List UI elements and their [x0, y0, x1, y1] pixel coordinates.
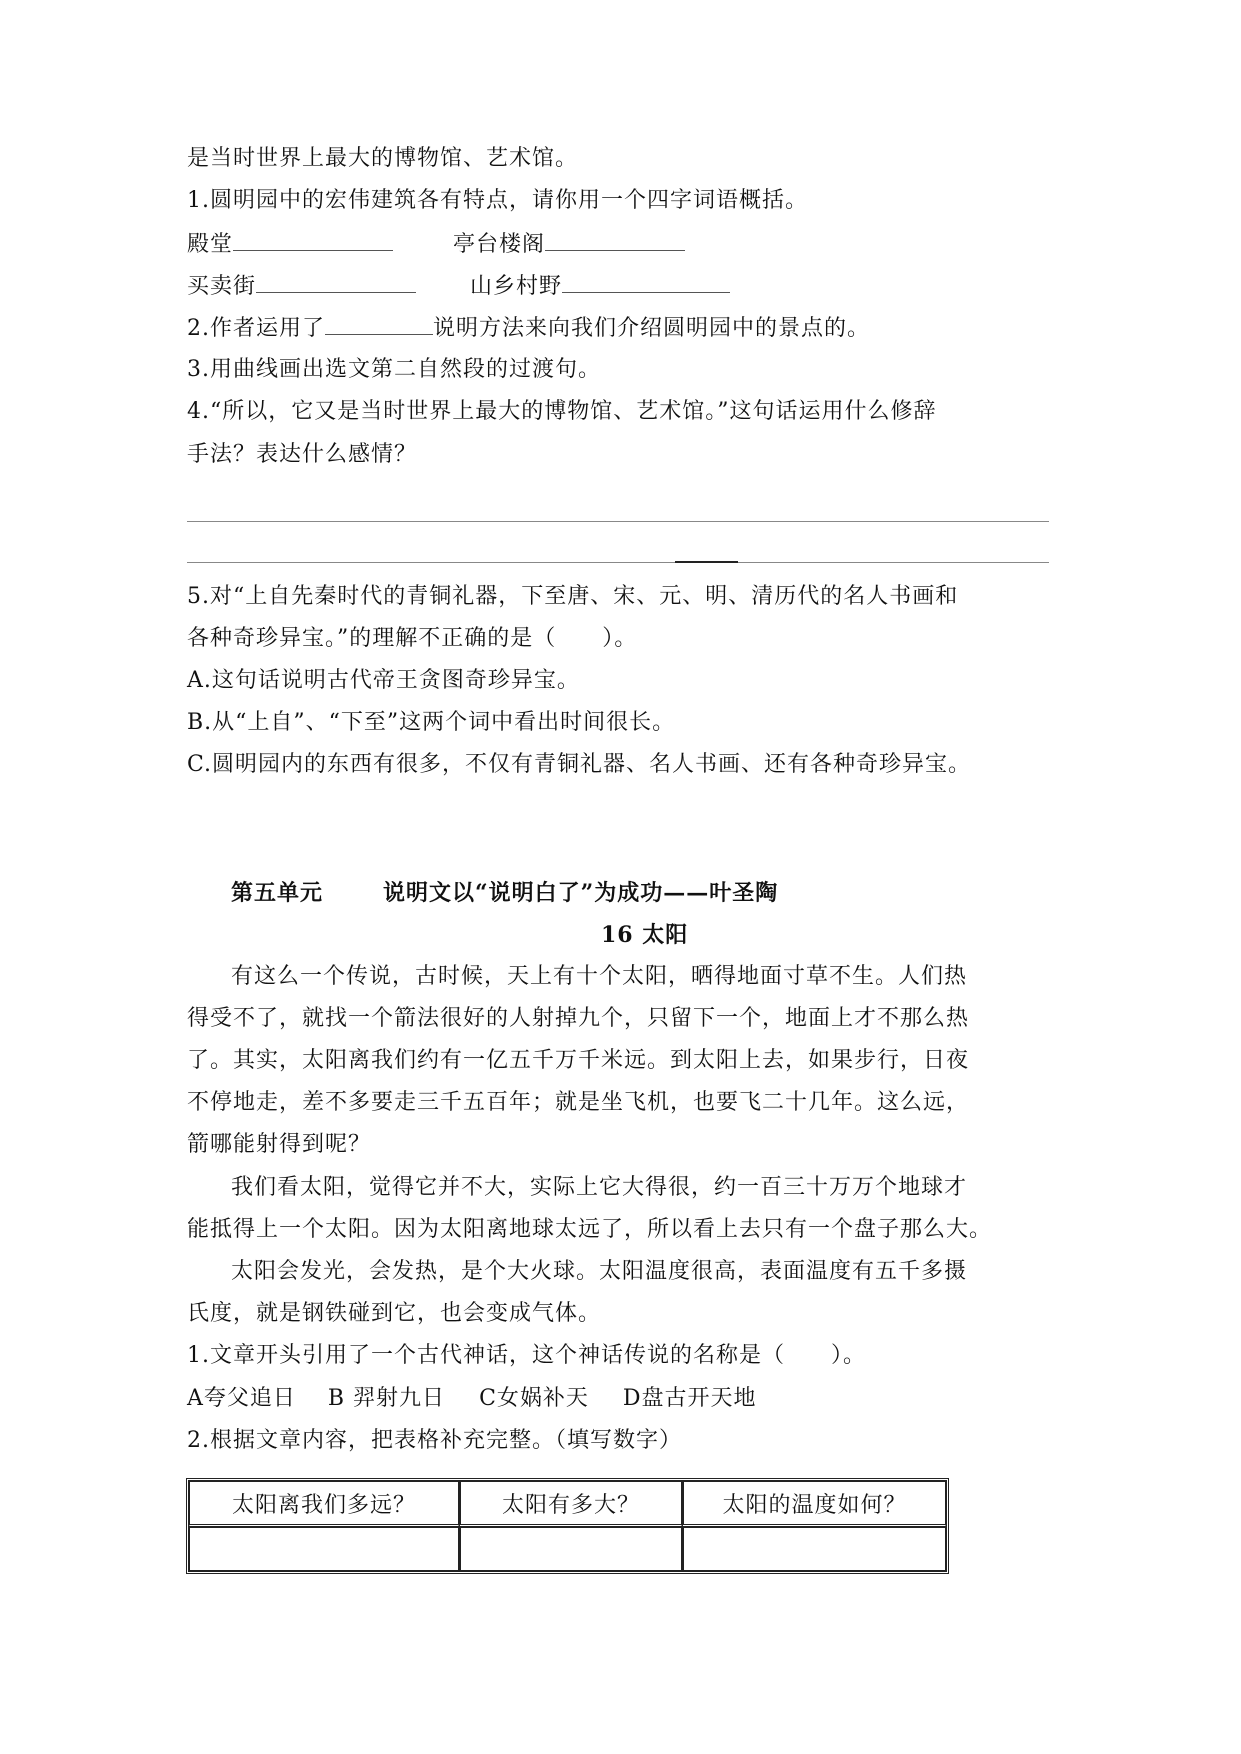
table-header-temperature: 太阳的温度如何？ [682, 1481, 946, 1527]
q1-item-label: 殿堂 [187, 232, 233, 257]
q2-1-option-a[interactable]: A夸父追日 [187, 1386, 296, 1411]
q1-answer-blank-3[interactable] [256, 270, 416, 293]
lesson-title: 16 太阳 [601, 920, 688, 950]
passage-line: 有这么一个传说，古时候，天上有十个太阳，晒得地面寸草不生。人们热 [231, 962, 967, 992]
passage-line: 太阳会发光，会发热，是个大火球。太阳温度很高，表面温度有五千多摄 [231, 1257, 967, 1287]
q2-text-after: 说明方法来向我们介绍圆明园中的景点的。 [433, 316, 870, 341]
question-2-2-prompt: 2.根据文章内容，把表格补充完整。（填写数字） [187, 1426, 682, 1456]
q1-item-label: 买卖街 [187, 274, 256, 299]
passage-line: 了。其实，太阳离我们约有一亿五千万千米远。到太阳上去，如果步行，日夜 [187, 1046, 969, 1076]
table-header-size: 太阳有多大？ [459, 1481, 682, 1527]
q1-answer-blank-2[interactable] [545, 228, 685, 251]
question-2-1-options: A夸父追日B 羿射九日C女娲补天D盘古开天地 [187, 1384, 757, 1414]
unit-motto: 说明文以“说明白了”为成功——叶圣陶 [383, 878, 778, 908]
unit-label: 第五单元 [231, 878, 323, 908]
question-2: 2.作者运用了说明方法来向我们介绍圆明园中的景点的。 [187, 312, 870, 344]
answer-line-1[interactable] [187, 521, 1049, 522]
q2-1-option-d[interactable]: D盘古开天地 [623, 1386, 757, 1411]
passage-line: 不停地走，差不多要走三千五百年；就是坐飞机，也要飞二十几年。这么远， [187, 1088, 969, 1118]
question-4-line-2: 手法？表达什么感情？ [187, 440, 417, 470]
passage-line: 能抵得上一个太阳。因为太阳离地球太远了，所以看上去只有一个盘子那么大。 [187, 1215, 992, 1245]
q2-answer-blank[interactable] [325, 312, 433, 335]
question-5-line-1: 5.对“上自先秦时代的青铜礼器，下至唐、宋、元、明、清历代的名人书画和 [187, 582, 958, 612]
q1-answer-blank-1[interactable] [233, 228, 393, 251]
q2-1-option-b[interactable]: B 羿射九日 [328, 1386, 445, 1411]
passage-line: 我们看太阳，觉得它并不大，实际上它大得很，约一百三十万万个地球才 [231, 1173, 967, 1203]
table-cell-distance-answer[interactable] [189, 1527, 459, 1571]
question-5-line-2: 各种奇珍异宝。”的理解不正确的是（ ）。 [187, 624, 637, 654]
q1-row-2: 买卖街 山乡村野 [187, 270, 730, 302]
passage-continuation: 是当时世界上最大的博物馆、艺术馆。 [187, 144, 578, 174]
q1-row-1: 殿堂 亭台楼阁 [187, 228, 685, 260]
q1-answer-blank-4[interactable] [562, 270, 730, 293]
question-2-1-prompt: 1.文章开头引用了一个古代神话，这个神话传说的名称是（ ）。 [187, 1341, 866, 1371]
question-1-prompt: 1.圆明园中的宏伟建筑各有特点，请你用一个四字词语概括。 [187, 186, 808, 216]
table-cell-temperature-answer[interactable] [682, 1527, 946, 1571]
sun-facts-table: 太阳离我们多远？ 太阳有多大？ 太阳的温度如何？ [186, 1478, 949, 1574]
q2-text-before: 2.作者运用了 [187, 316, 325, 341]
answer-line-mark [675, 561, 738, 563]
q1-item-label: 亭台楼阁 [453, 232, 545, 257]
question-3: 3.用曲线画出选文第二自然段的过渡句。 [187, 355, 601, 385]
answer-line-2[interactable] [187, 562, 1049, 563]
q5-option-a[interactable]: A.这句话说明古代帝王贪图奇珍异宝。 [187, 666, 580, 696]
table-cell-size-answer[interactable] [459, 1527, 682, 1571]
q5-option-b[interactable]: B.从“上自”、“下至”这两个词中看出时间很长。 [187, 708, 675, 738]
question-4-line-1: 4.“所以，它又是当时世界上最大的博物馆、艺术馆。”这句话运用什么修辞 [187, 397, 937, 427]
passage-line: 得受不了，就找一个箭法很好的人射掉九个，只留下一个，地面上才不那么热 [187, 1004, 969, 1034]
table-header-distance: 太阳离我们多远？ [189, 1481, 459, 1527]
q5-option-c[interactable]: C.圆明园内的东西有很多，不仅有青铜礼器、名人书画、还有各种奇珍异宝。 [187, 750, 971, 780]
q2-1-option-c[interactable]: C女娲补天 [479, 1386, 589, 1411]
q1-item-label: 山乡村野 [470, 274, 562, 299]
passage-line: 箭哪能射得到呢？ [187, 1130, 371, 1160]
passage-line: 氏度，就是钢铁碰到它，也会变成气体。 [187, 1299, 601, 1329]
